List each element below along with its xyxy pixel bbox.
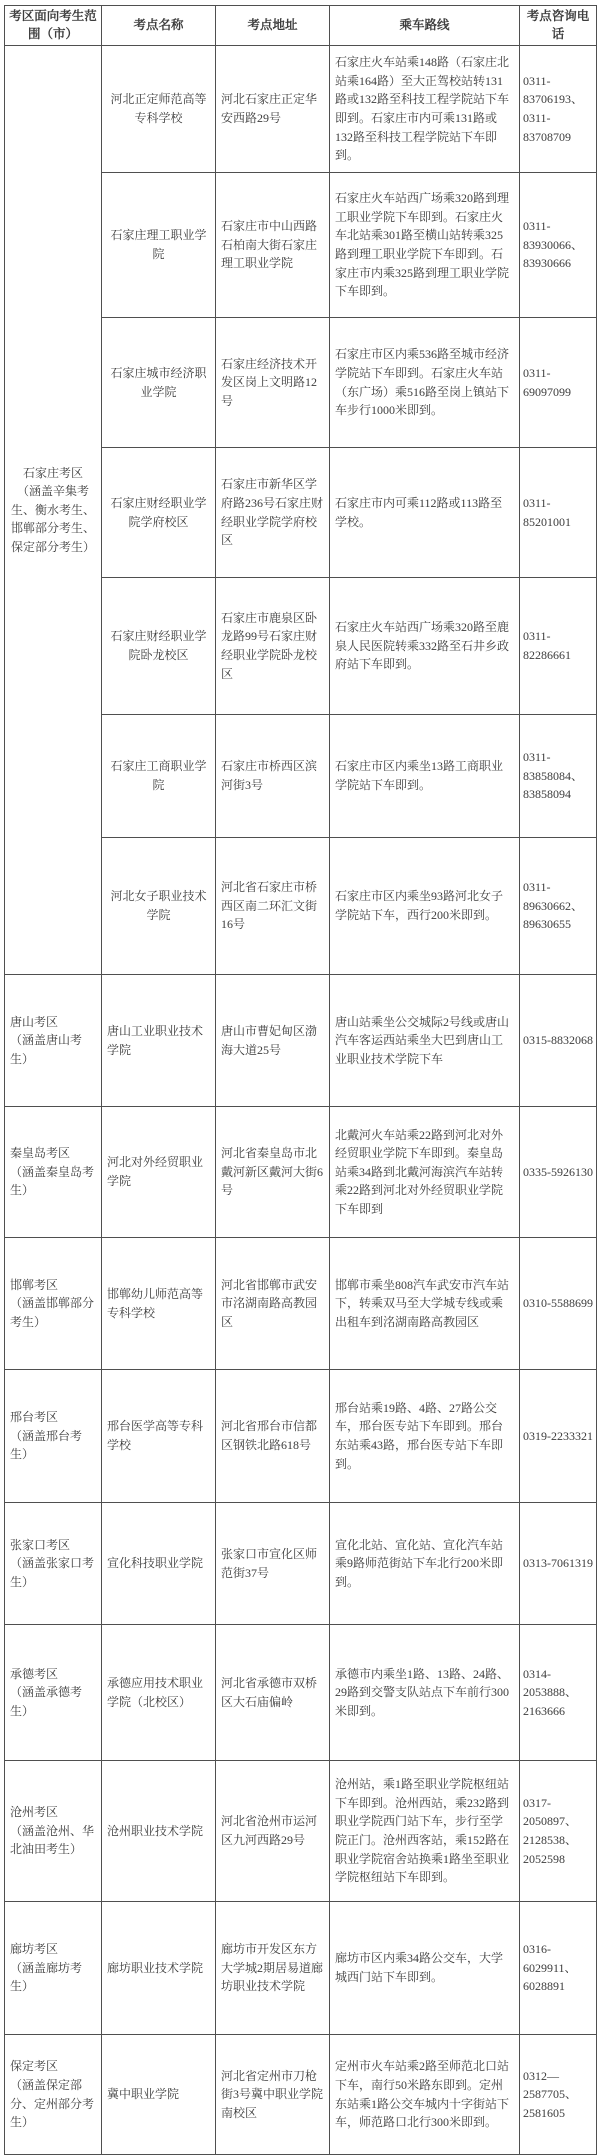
exam-area-cell: 廊坊考区（涵盖廊坊考生）: [5, 1902, 102, 2035]
table-row: 邯郸考区（涵盖邯郸部分考生）邯郸幼儿师范高等专科学校河北省邯郸市武安市洺湖南路高…: [5, 1238, 597, 1370]
site-name-cell: 冀中职业学院: [102, 2035, 216, 2155]
site-name-cell: 河北正定师范高等专科学校: [102, 46, 216, 173]
col-header-phone: 考点咨询电话: [520, 6, 597, 46]
phone-cell: 0311-85201001: [520, 448, 597, 578]
table-body: 石家庄考区（涵盖辛集考生、衡水考生、邯郸部分考生、保定部分考生）河北正定师范高等…: [5, 46, 597, 2155]
exam-area-cell: 邢台考区（涵盖邢台考生）: [5, 1370, 102, 1503]
exam-area-cell: 唐山考区（涵盖唐山考生）: [5, 975, 102, 1107]
site-address-cell: 河北石家庄正定华安西路29号: [216, 46, 330, 173]
site-address-cell: 唐山市曹妃甸区渤海大道25号: [216, 975, 330, 1107]
bus-route-cell: 北戴河火车站乘22路到河北对外经贸职业学院下车即到。秦皇岛站乘34路到北戴河海滨…: [330, 1107, 520, 1238]
phone-cell: 0319-2233321: [520, 1370, 597, 1503]
exam-area-scope: （涵盖唐山考生）: [10, 1031, 96, 1068]
header-row: 考区面向考生范围（市） 考点名称 考点地址 乘车路线 考点咨询电话: [5, 6, 597, 46]
exam-area-cell: 保定考区（涵盖保定部分、定州部分考生）: [5, 2035, 102, 2155]
exam-area-cell: 邯郸考区（涵盖邯郸部分考生）: [5, 1238, 102, 1370]
table-row: 保定考区（涵盖保定部分、定州部分考生）冀中职业学院河北省定州市刀枪街3号冀中职业…: [5, 2035, 597, 2155]
exam-area-name: 秦皇岛考区: [10, 1144, 96, 1163]
bus-route-cell: 唐山站乘坐公交城际2号线或唐山汽车客运西站乘坐大巴到唐山工业职业技术学院下车: [330, 975, 520, 1107]
table-row: 廊坊考区（涵盖廊坊考生）廊坊职业技术学院廊坊市开发区东方大学城2期居易道廊坊职业…: [5, 1902, 597, 2035]
site-name-cell: 石家庄理工职业学院: [102, 173, 216, 318]
exam-area-scope: （涵盖沧州、华北油田考生）: [10, 1822, 96, 1859]
phone-cell: 0317-2050897、2128538、2052598: [520, 1761, 597, 1902]
site-name-cell: 廊坊职业技术学院: [102, 1902, 216, 2035]
site-address-cell: 河北省定州市刀枪街3号冀中职业学院南校区: [216, 2035, 330, 2155]
site-address-cell: 河北省秦皇岛市北戴河新区戴河大街6号: [216, 1107, 330, 1238]
bus-route-cell: 石家庄火车站西广场乘320路至鹿泉人民医院转乘332路至石井乡政府站下车即到。: [330, 578, 520, 715]
table-row: 沧州考区（涵盖沧州、华北油田考生）沧州职业技术学院河北省沧州市运河区九河西路29…: [5, 1761, 597, 1902]
phone-cell: 0316-6029911、6028891: [520, 1902, 597, 2035]
table-row: 张家口考区（涵盖张家口考生）宣化科技职业学院张家口市宣化区师范街37号宣化北站、…: [5, 1503, 597, 1625]
exam-area-name: 廊坊考区: [10, 1940, 96, 1959]
site-name-cell: 石家庄工商职业学院: [102, 715, 216, 838]
col-header-bus-route: 乘车路线: [330, 6, 520, 46]
site-name-cell: 河北女子职业技术学院: [102, 838, 216, 975]
table-row: 唐山考区（涵盖唐山考生）唐山工业职业技术学院唐山市曹妃甸区渤海大道25号唐山站乘…: [5, 975, 597, 1107]
bus-route-cell: 石家庄市区内乘536路至城市经济学院站下车即到。石家庄火车站（东广场）乘516路…: [330, 318, 520, 448]
phone-cell: 0335-5926130: [520, 1107, 597, 1238]
table-row: 承德考区（涵盖承德考生）承德应用技术职业学院（北校区）河北省承德市双桥区大石庙偏…: [5, 1625, 597, 1761]
exam-area-cell: 石家庄考区（涵盖辛集考生、衡水考生、邯郸部分考生、保定部分考生）: [5, 46, 102, 975]
phone-cell: 0312—2587705、2581605: [520, 2035, 597, 2155]
exam-area-cell: 张家口考区（涵盖张家口考生）: [5, 1503, 102, 1625]
site-address-cell: 石家庄市新华区学府路236号石家庄财经职业学院学府校区: [216, 448, 330, 578]
site-address-cell: 河北省沧州市运河区九河西路29号: [216, 1761, 330, 1902]
phone-cell: 0314-2053888、2163666: [520, 1625, 597, 1761]
site-address-cell: 廊坊市开发区东方大学城2期居易道廊坊职业技术学院: [216, 1902, 330, 2035]
exam-area-name: 张家口考区: [10, 1536, 96, 1555]
site-name-cell: 沧州职业技术学院: [102, 1761, 216, 1902]
phone-cell: 0311-82286661: [520, 578, 597, 715]
phone-cell: 0311-69097099: [520, 318, 597, 448]
bus-route-cell: 石家庄市区内乘坐93路河北女子学院站下车，西行200米即到。: [330, 838, 520, 975]
site-address-cell: 石家庄经济技术开发区岗上文明路12号: [216, 318, 330, 448]
exam-area-scope: （涵盖承德考生）: [10, 1683, 96, 1720]
bus-route-cell: 定州市火车站乘2路至师范北口站下车，南行50米路东即到。定州东站乘1路公交车城内…: [330, 2035, 520, 2155]
exam-area-name: 石家庄考区: [10, 464, 96, 483]
table-row: 石家庄考区（涵盖辛集考生、衡水考生、邯郸部分考生、保定部分考生）河北正定师范高等…: [5, 46, 597, 173]
table-row: 邢台考区（涵盖邢台考生）邢台医学高等专科学校河北省邢台市信都区钢铁北路618号邢…: [5, 1370, 597, 1503]
exam-area-cell: 秦皇岛考区（涵盖秦皇岛考生）: [5, 1107, 102, 1238]
site-name-cell: 承德应用技术职业学院（北校区）: [102, 1625, 216, 1761]
exam-area-name: 保定考区: [10, 2057, 96, 2076]
bus-route-cell: 承德市内乘坐1路、13路、24路、29路到交警支队站点下车前行300米即到。: [330, 1625, 520, 1761]
site-name-cell: 石家庄城市经济职业学院: [102, 318, 216, 448]
site-address-cell: 石家庄市中山西路石柏南大街石家庄理工职业学院: [216, 173, 330, 318]
phone-cell: 0311-89630662、89630655: [520, 838, 597, 975]
exam-area-name: 唐山考区: [10, 1013, 96, 1032]
phone-cell: 0311-83858084、83858094: [520, 715, 597, 838]
bus-route-cell: 沧州站，乘1路至职业学院枢纽站下车即到。沧州西站，乘232路到职业学院西门站下车…: [330, 1761, 520, 1902]
bus-route-cell: 石家庄市区内乘坐13路工商职业学院站下车即到。: [330, 715, 520, 838]
site-name-cell: 宣化科技职业学院: [102, 1503, 216, 1625]
site-address-cell: 河北省邢台市信都区钢铁北路618号: [216, 1370, 330, 1503]
exam-area-scope: （涵盖邯郸部分考生）: [10, 1294, 96, 1331]
exam-area-name: 承德考区: [10, 1665, 96, 1684]
exam-area-name: 沧州考区: [10, 1803, 96, 1822]
table-row: 秦皇岛考区（涵盖秦皇岛考生）河北对外经贸职业学院河北省秦皇岛市北戴河新区戴河大街…: [5, 1107, 597, 1238]
site-address-cell: 石家庄市桥西区滨河街3号: [216, 715, 330, 838]
exam-area-scope: （涵盖秦皇岛考生）: [10, 1163, 96, 1200]
exam-area-cell: 承德考区（涵盖承德考生）: [5, 1625, 102, 1761]
exam-area-name: 邢台考区: [10, 1408, 96, 1427]
bus-route-cell: 邯郸市乘坐808汽车武安市汽车站下，转乘双马至大学城专线或乘出租车到洺湖南路高教…: [330, 1238, 520, 1370]
exam-area-scope: （涵盖辛集考生、衡水考生、邯郸部分考生、保定部分考生）: [10, 482, 96, 556]
site-address-cell: 河北省邯郸市武安市洺湖南路高教园区: [216, 1238, 330, 1370]
exam-area-name: 邯郸考区: [10, 1276, 96, 1295]
bus-route-cell: 石家庄火车站西广场乘320路到理工职业学院下车即到。石家庄火车北站乘301路至横…: [330, 173, 520, 318]
exam-area-scope: （涵盖张家口考生）: [10, 1554, 96, 1591]
phone-cell: 0311-83706193、0311-83708709: [520, 46, 597, 173]
phone-cell: 0315-8832068: [520, 975, 597, 1107]
exam-area-cell: 沧州考区（涵盖沧州、华北油田考生）: [5, 1761, 102, 1902]
col-header-site-address: 考点地址: [216, 6, 330, 46]
col-header-exam-area: 考区面向考生范围（市）: [5, 6, 102, 46]
bus-route-cell: 石家庄市内可乘112路或113路至学校。: [330, 448, 520, 578]
phone-cell: 0310-5588699: [520, 1238, 597, 1370]
exam-area-scope: （涵盖邢台考生）: [10, 1427, 96, 1464]
exam-area-scope: （涵盖保定部分、定州部分考生）: [10, 2076, 96, 2132]
phone-cell: 0313-7061319: [520, 1503, 597, 1625]
site-name-cell: 邢台医学高等专科学校: [102, 1370, 216, 1503]
site-address-cell: 张家口市宣化区师范街37号: [216, 1503, 330, 1625]
col-header-site-name: 考点名称: [102, 6, 216, 46]
site-name-cell: 唐山工业职业技术学院: [102, 975, 216, 1107]
bus-route-cell: 邢台站乘19路、4路、27路公交车，邢台医专站下车即到。邢台东站乘43路，邢台医…: [330, 1370, 520, 1503]
bus-route-cell: 宣化北站、宣化站、宣化汽车站乘9路师范街站下车北行200米即到。: [330, 1503, 520, 1625]
site-address-cell: 河北省承德市双桥区大石庙偏岭: [216, 1625, 330, 1761]
site-name-cell: 石家庄财经职业学院学府校区: [102, 448, 216, 578]
exam-area-scope: （涵盖廊坊考生）: [10, 1959, 96, 1996]
site-address-cell: 河北省石家庄市桥西区南二环汇文街16号: [216, 838, 330, 975]
phone-cell: 0311-83930066、83930666: [520, 173, 597, 318]
site-name-cell: 邯郸幼儿师范高等专科学校: [102, 1238, 216, 1370]
site-name-cell: 河北对外经贸职业学院: [102, 1107, 216, 1238]
bus-route-cell: 石家庄火车站乘148路（石家庄北站乘164路）至大正驾校站转131路或132路至…: [330, 46, 520, 173]
bus-route-cell: 廊坊市区内乘34路公交车，大学城西门站下车即到。: [330, 1902, 520, 2035]
site-name-cell: 石家庄财经职业学院卧龙校区: [102, 578, 216, 715]
site-address-cell: 石家庄市鹿泉区卧龙路99号石家庄财经职业学院卧龙校区: [216, 578, 330, 715]
exam-sites-table: 考区面向考生范围（市） 考点名称 考点地址 乘车路线 考点咨询电话 石家庄考区（…: [4, 5, 597, 2155]
